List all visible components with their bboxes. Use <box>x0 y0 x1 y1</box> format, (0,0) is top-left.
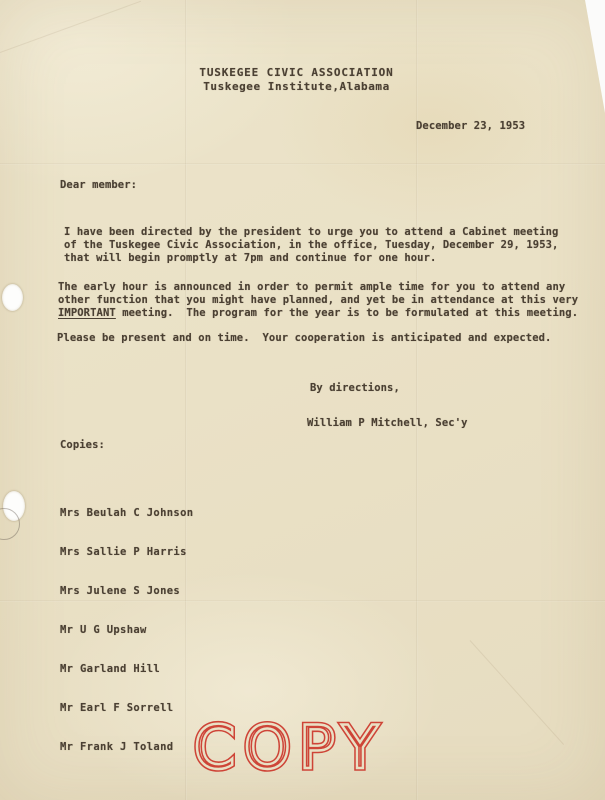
letter-date: December 23, 1953 <box>416 120 525 133</box>
copies-label: Copies: <box>60 439 105 452</box>
salutation: Dear member: <box>60 179 137 192</box>
scanned-letter: TUSKEGEE CIVIC ASSOCIATION Tuskegee Inst… <box>0 0 605 800</box>
signature-line: William P Mitchell, Sec'y <box>307 417 468 430</box>
copy-stamp-inner-outline: COPY <box>194 713 387 783</box>
diagonal-crease-bottomright <box>470 640 564 745</box>
copies-recipient: Mrs Sallie P Harris <box>60 546 193 559</box>
important-underlined-word: IMPORTANT <box>58 307 116 319</box>
diagonal-crease-topleft <box>0 1 141 53</box>
copy-stamp: COPY COPY <box>170 706 410 786</box>
body-paragraph-3: Please be present and on time. Your coop… <box>57 332 551 345</box>
closing-by-line: By directions, <box>310 382 400 395</box>
org-location: Tuskegee Institute,Alabama <box>0 80 593 93</box>
org-name: TUSKEGEE CIVIC ASSOCIATION <box>0 66 593 79</box>
letter-page: TUSKEGEE CIVIC ASSOCIATION Tuskegee Inst… <box>0 0 605 800</box>
horizontal-fold-top <box>0 163 605 165</box>
copies-recipient: Mr Garland Hill <box>60 663 193 676</box>
body-paragraph-2: The early hour is announced in order to … <box>58 281 578 321</box>
body-paragraph-2-text-before: The early hour is announced in order to … <box>58 281 578 306</box>
body-paragraph-1: I have been directed by the president to… <box>64 226 558 266</box>
copies-recipient: Mrs Julene S Jones <box>60 585 193 598</box>
copies-recipient: Mr U G Upshaw <box>60 624 193 637</box>
copies-recipient: Mrs Beulah C Johnson <box>60 507 193 520</box>
punch-hole-top <box>2 284 23 311</box>
body-paragraph-2-text-after: meeting. The program for the year is to … <box>116 307 578 319</box>
